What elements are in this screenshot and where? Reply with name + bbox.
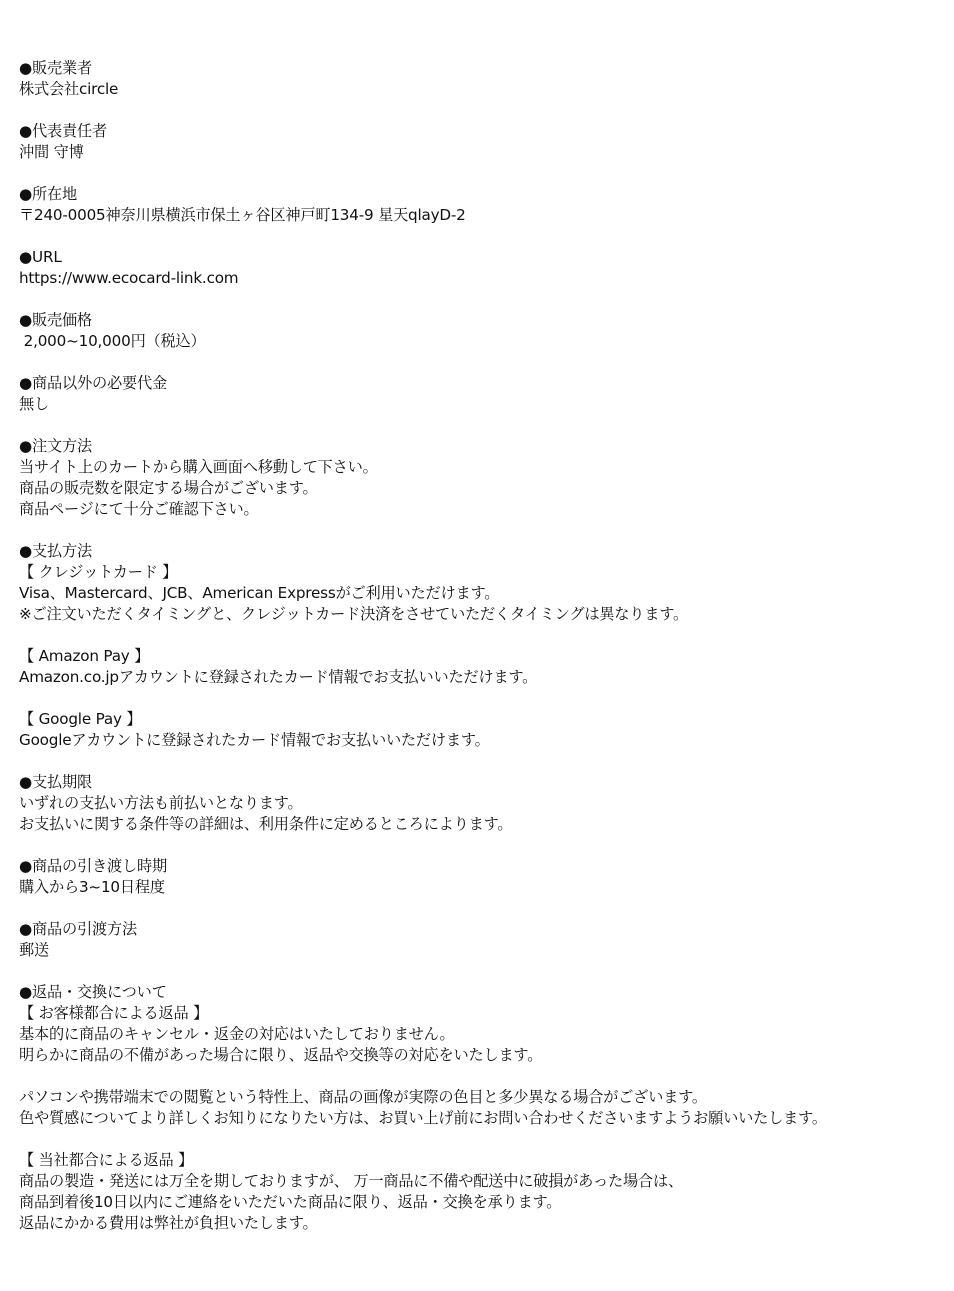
google-pay-subheading: 【 Google Pay 】 (19, 709, 949, 730)
amazon-pay-line: Amazon.co.jpアカウントに登録されたカード情報でお支払いいただけます。 (19, 667, 949, 688)
image-color-notice-line: パソコンや携帯端末での閲覧という特性上、商品の画像が実際の色目と多少異なる場合が… (19, 1087, 949, 1108)
spacer (19, 1129, 949, 1150)
spacer (19, 688, 949, 709)
section-representative: ●代表責任者 沖間 守博 (19, 121, 949, 163)
customer-returns-line: 基本的に商品のキャンセル・返金の対応はいたしておりません。 (19, 1024, 949, 1045)
section-returns: ●返品・交換について 【 お客様都合による返品 】 基本的に商品のキャンセル・返… (19, 982, 949, 1234)
section-heading: ●URL (19, 247, 949, 268)
section-heading: ●注文方法 (19, 436, 949, 457)
order-method-line: 商品の販売数を限定する場合がございます。 (19, 478, 949, 499)
section-heading: ●商品の引き渡し時期 (19, 856, 949, 877)
url-text: https://www.ecocard-link.com (19, 268, 949, 289)
price-text: 2,000~10,000円（税込） (19, 331, 949, 352)
customer-returns-subheading: 【 お客様都合による返品 】 (19, 1003, 949, 1024)
section-additional-fees: ●商品以外の必要代金 無し (19, 373, 949, 415)
section-heading: ●販売業者 (19, 58, 949, 79)
section-order-method: ●注文方法 当サイト上のカートから購入画面へ移動して下さい。 商品の販売数を限定… (19, 436, 949, 520)
customer-returns-line: 明らかに商品の不備があった場合に限り、返品や交換等の対応をいたします。 (19, 1045, 949, 1066)
section-heading: ●代表責任者 (19, 121, 949, 142)
company-returns-subheading: 【 当社都合による返品 】 (19, 1150, 949, 1171)
section-delivery-method: ●商品の引渡方法 郵送 (19, 919, 949, 961)
delivery-time-text: 購入から3~10日程度 (19, 877, 949, 898)
amazon-pay-subheading: 【 Amazon Pay 】 (19, 646, 949, 667)
section-heading: ●商品以外の必要代金 (19, 373, 949, 394)
section-heading: ●所在地 (19, 184, 949, 205)
seller-name: 株式会社circle (19, 79, 949, 100)
section-heading: ●販売価格 (19, 310, 949, 331)
order-method-line: 当サイト上のカートから購入画面へ移動して下さい。 (19, 457, 949, 478)
image-color-notice-line: 色や質感についてより詳しくお知りになりたい方は、お買い上げ前にお問い合わせくださ… (19, 1108, 949, 1129)
address-text: 〒240-0005神奈川県横浜市保土ヶ谷区神戸町134-9 星天qlayD-2 (19, 205, 949, 226)
google-pay-line: Googleアカウントに登録されたカード情報でお支払いいただけます。 (19, 730, 949, 751)
legal-notice-document: ●販売業者 株式会社circle ●代表責任者 沖間 守博 ●所在地 〒240-… (19, 58, 949, 1255)
company-returns-line: 商品の製造・発送には万全を期しておりますが、 万一商品に不備や配送中に破損があっ… (19, 1171, 949, 1192)
additional-fees-text: 無し (19, 394, 949, 415)
company-returns-line: 商品到着後10日以内にご連絡をいただいた商品に限り、返品・交換を承ります。 (19, 1192, 949, 1213)
section-delivery-time: ●商品の引き渡し時期 購入から3~10日程度 (19, 856, 949, 898)
order-method-line: 商品ページにて十分ご確認下さい。 (19, 499, 949, 520)
section-seller: ●販売業者 株式会社circle (19, 58, 949, 100)
section-url: ●URL https://www.ecocard-link.com (19, 247, 949, 289)
section-payment-method: ●支払方法 【 クレジットカード 】 Visa、Mastercard、JCB、A… (19, 541, 949, 751)
spacer (19, 1066, 949, 1087)
section-heading: ●支払期限 (19, 772, 949, 793)
section-heading: ●支払方法 (19, 541, 949, 562)
representative-name: 沖間 守博 (19, 142, 949, 163)
credit-card-subheading: 【 クレジットカード 】 (19, 562, 949, 583)
section-heading: ●商品の引渡方法 (19, 919, 949, 940)
spacer (19, 625, 949, 646)
payment-deadline-line: お支払いに関する条件等の詳細は、利用条件に定めるところによります。 (19, 814, 949, 835)
credit-card-line: ※ご注文いただくタイミングと、クレジットカード決済をさせていただくタイミングは異… (19, 604, 949, 625)
delivery-method-text: 郵送 (19, 940, 949, 961)
credit-card-line: Visa、Mastercard、JCB、American Expressがご利用… (19, 583, 949, 604)
company-returns-line: 返品にかかる費用は弊社が負担いたします。 (19, 1213, 949, 1234)
section-address: ●所在地 〒240-0005神奈川県横浜市保土ヶ谷区神戸町134-9 星天qla… (19, 184, 949, 226)
section-price: ●販売価格 2,000~10,000円（税込） (19, 310, 949, 352)
section-heading: ●返品・交換について (19, 982, 949, 1003)
payment-deadline-line: いずれの支払い方法も前払いとなります。 (19, 793, 949, 814)
section-payment-deadline: ●支払期限 いずれの支払い方法も前払いとなります。 お支払いに関する条件等の詳細… (19, 772, 949, 835)
